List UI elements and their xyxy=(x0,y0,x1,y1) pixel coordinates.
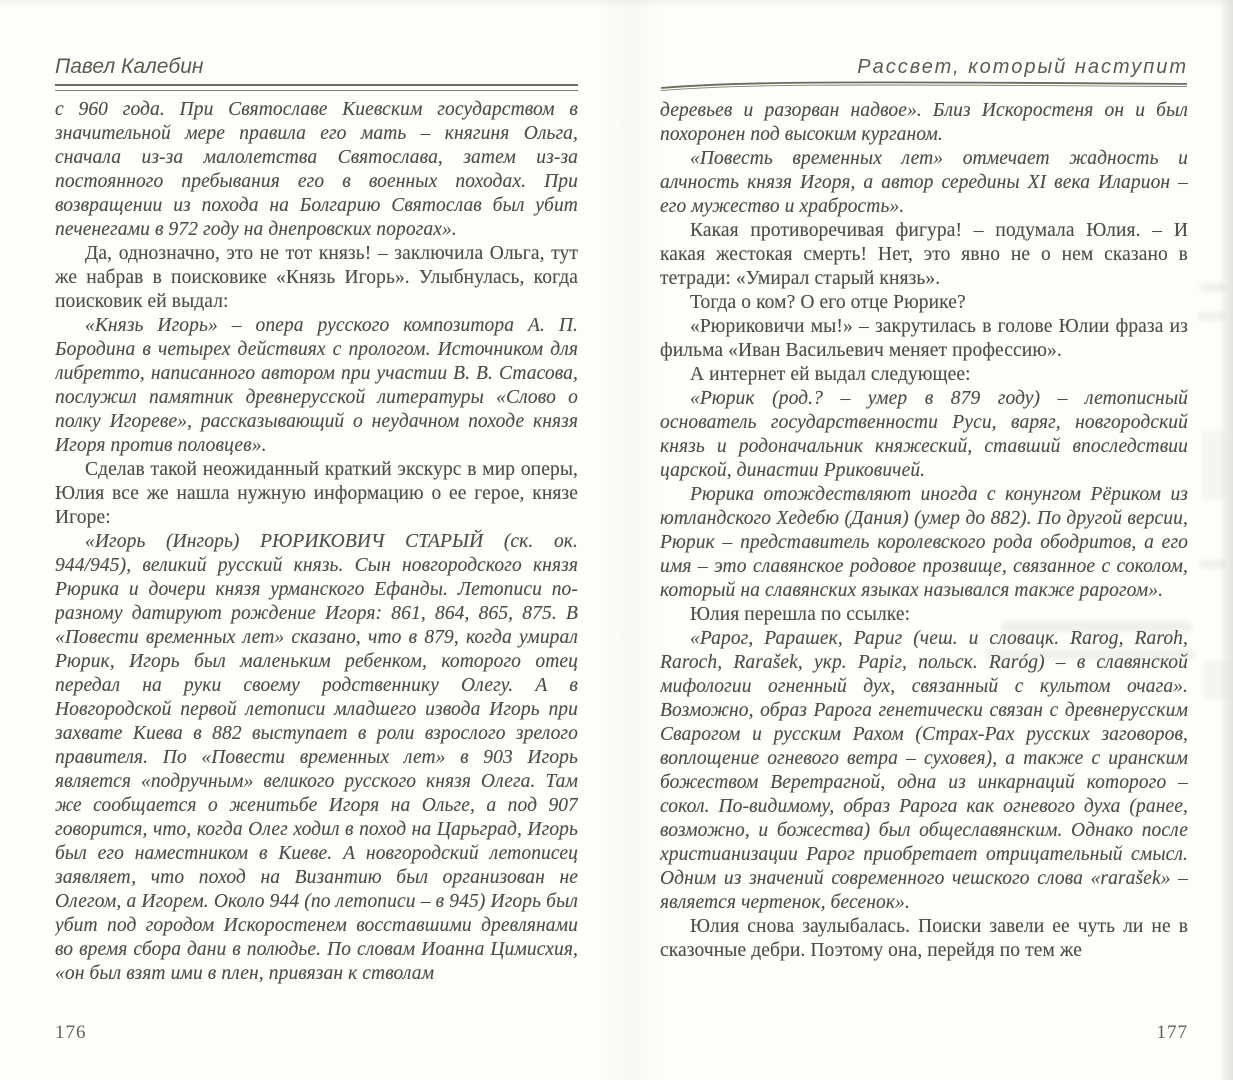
book-spread: Павел Калебин с 960 года. При Святославе… xyxy=(0,0,1233,1080)
left-page: Павел Калебин с 960 года. При Святославе… xyxy=(55,55,578,1012)
scan-artifact xyxy=(1203,660,1227,700)
body-paragraph: с 960 года. При Святославе Киевским госу… xyxy=(55,98,578,242)
title-running-head: Рассвет, который наступит xyxy=(660,55,1188,79)
left-header-rule xyxy=(55,84,578,91)
right-page-number: 177 xyxy=(1157,1022,1189,1044)
body-paragraph: Да, однозначно, это не тот князь! – закл… xyxy=(55,242,578,314)
scan-right-edge xyxy=(1219,0,1233,1080)
body-paragraph: «Рюрик (род.? – умер в 879 году) – летоп… xyxy=(660,387,1188,483)
body-paragraph: Сделав такой неожиданный краткий экскурс… xyxy=(55,458,578,530)
scan-artifact xyxy=(1200,283,1226,292)
scan-artifact xyxy=(1198,312,1226,321)
gutter-shadow xyxy=(598,0,662,1080)
left-page-body: с 960 года. При Святославе Киевским госу… xyxy=(55,98,578,1012)
author-running-head: Павел Калебин xyxy=(55,55,578,79)
body-paragraph: Юлия перешла по ссылке: xyxy=(660,603,1188,627)
body-paragraph: «Князь Игорь» – опера русского композито… xyxy=(55,314,578,458)
left-page-number: 176 xyxy=(55,1022,87,1044)
body-paragraph: Юлия снова заулыбалась. Поиски завели ее… xyxy=(660,915,1188,963)
body-paragraph: А интернет ей выдал следующее: xyxy=(660,363,1188,387)
body-paragraph: «Рюриковичи мы!» – закрутилась в голове … xyxy=(660,315,1188,363)
body-paragraph: «Рарог, Рарашек, Рариг (чеш. и словацк. … xyxy=(660,627,1188,915)
body-paragraph: «Повесть временных лет» отмечает жадност… xyxy=(660,147,1188,219)
right-page-body: деревьев и разорван надвое». Близ Искоро… xyxy=(660,99,1188,1013)
body-paragraph: Какая противоречивая фигура! – подумала … xyxy=(660,219,1188,291)
scan-artifact xyxy=(1199,560,1227,569)
right-page: Рассвет, который наступит деревьев и раз… xyxy=(660,55,1188,1013)
body-paragraph: Рюрика отождествляют иногда с конунгом Р… xyxy=(660,483,1188,603)
right-header-rule xyxy=(660,80,1188,92)
body-paragraph: деревьев и разорван надвое». Близ Искоро… xyxy=(660,99,1188,147)
scan-artifact xyxy=(1202,430,1226,500)
scan-top-edge xyxy=(0,0,1233,8)
body-paragraph: «Игорь (Ингорь) РЮРИКОВИЧ СТАРЫЙ (ск. ок… xyxy=(55,530,578,986)
body-paragraph: Тогда о ком? О его отце Рюрике? xyxy=(660,291,1188,315)
